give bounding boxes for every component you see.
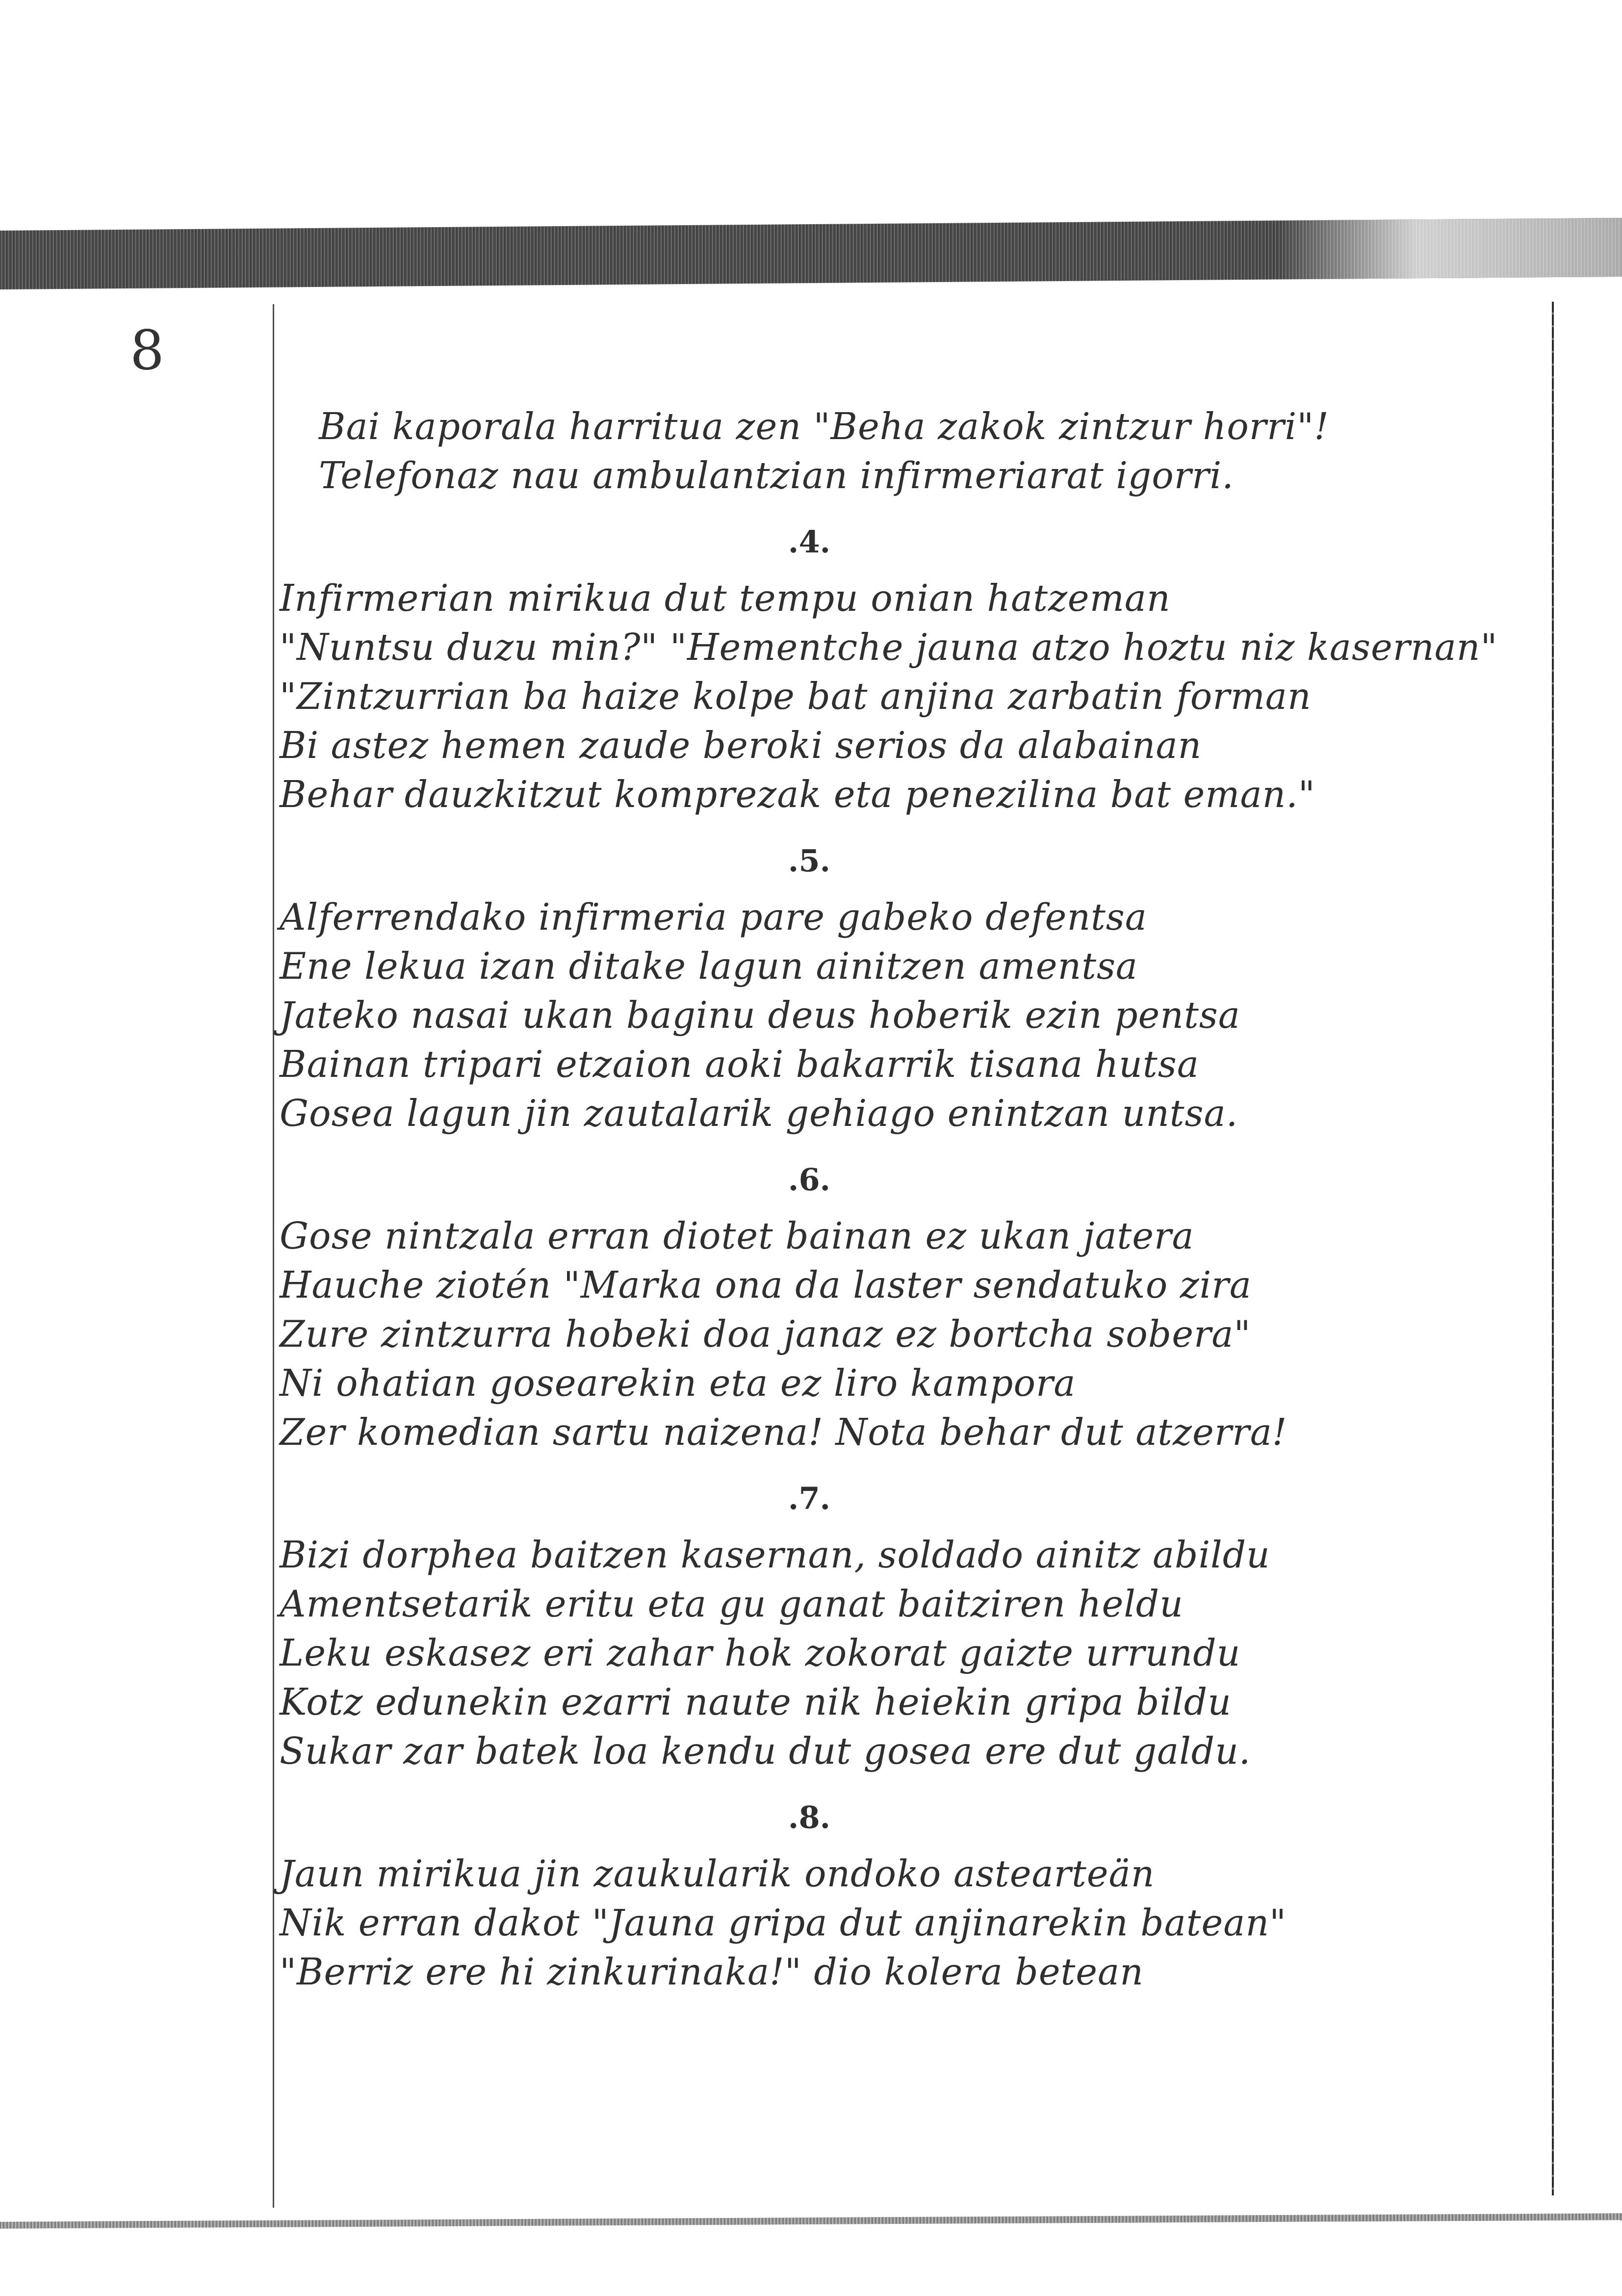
poem-line: "Nuntsu duzu min?" "Hementche jauna atzo… [280, 623, 1535, 672]
right-margin-rule [1552, 302, 1554, 2195]
poem-line: Telefonaz nau ambulantzian infirmeriarat… [280, 451, 1535, 500]
poem-line: Infirmerian mirikua dut tempu onian hatz… [280, 574, 1535, 623]
poem-line: Zer komedian sartu naizena! Nota behar d… [280, 1408, 1535, 1457]
poem-body: Bai kaporala harritua zen "Beha zakok zi… [280, 402, 1535, 2011]
poem-line: Jaun mirikua jin zaukularik ondoko astea… [280, 1850, 1535, 1899]
page-number: 8 [130, 319, 164, 382]
poem-line: Kotz edunekin ezarri naute nik heiekin g… [280, 1678, 1535, 1727]
poem-line: Gose nintzala erran diotet bainan ez uka… [280, 1212, 1535, 1261]
scan-artifact-bottom-band [0, 2213, 1622, 2228]
poem-line: Nik erran dakot "Jauna gripa dut anjinar… [280, 1899, 1535, 1948]
stanza-8: .8. Jaun mirikua jin zaukularik ondoko a… [280, 1796, 1535, 1997]
poem-line: Amentsetarik eritu eta gu ganat baitzire… [280, 1580, 1535, 1629]
poem-line: Leku eskasez eri zahar hok zokorat gaizt… [280, 1629, 1535, 1678]
stanza-number: .7. [280, 1477, 1535, 1521]
poem-line: Sukar zar batek loa kendu dut gosea ere … [280, 1727, 1535, 1776]
stanza-number: .4. [280, 520, 1535, 564]
poem-line: Bainan tripari etzaion aoki bakarrik tis… [280, 1040, 1535, 1089]
scan-artifact-top-band [0, 218, 1622, 289]
poem-line: Bizi dorphea baitzen kasernan, soldado a… [280, 1531, 1535, 1580]
stanza-number: .5. [280, 839, 1535, 883]
poem-line: Ni ohatian gosearekin eta ez liro kampor… [280, 1359, 1535, 1408]
poem-line: Zure zintzurra hobeki doa janaz ez bortc… [280, 1310, 1535, 1359]
stanza-number: .8. [280, 1796, 1535, 1840]
intro-couplet: Bai kaporala harritua zen "Beha zakok zi… [280, 402, 1535, 500]
stanza-7: .7. Bizi dorphea baitzen kasernan, solda… [280, 1477, 1535, 1776]
poem-line: "Berriz ere hi zinkurinaka!" dio kolera … [280, 1948, 1535, 1997]
poem-line: Behar dauzkitzut komprezak eta penezilin… [280, 770, 1535, 819]
poem-line: Ene lekua izan ditake lagun ainitzen ame… [280, 942, 1535, 991]
poem-line: Alferrendako infirmeria pare gabeko defe… [280, 893, 1535, 942]
stanza-4: .4. Infirmerian mirikua dut tempu onian … [280, 520, 1535, 819]
stanza-6: .6. Gose nintzala erran diotet bainan ez… [280, 1158, 1535, 1457]
stanza-number: .6. [280, 1158, 1535, 1202]
left-margin-rule [273, 304, 274, 2208]
stanza-5: .5. Alferrendako infirmeria pare gabeko … [280, 839, 1535, 1138]
poem-line: Bi astez hemen zaude beroki serios da al… [280, 721, 1535, 770]
poem-line: Hauche ziotén "Marka ona da laster senda… [280, 1261, 1535, 1310]
poem-line: Gosea lagun jin zautalarik gehiago enint… [280, 1089, 1535, 1138]
poem-line: Bai kaporala harritua zen "Beha zakok zi… [280, 402, 1535, 451]
poem-line: "Zintzurrian ba haize kolpe bat anjina z… [280, 672, 1535, 721]
poem-line: Jateko nasai ukan baginu deus hoberik ez… [280, 991, 1535, 1040]
